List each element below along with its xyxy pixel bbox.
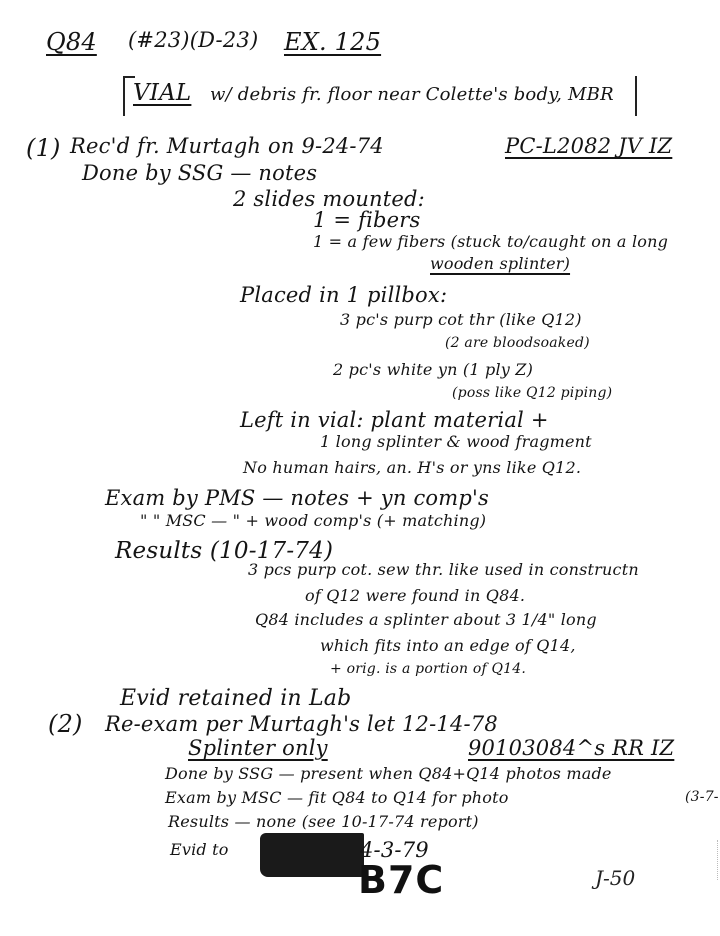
pillbox-item: 2 pc's white yn (1 ply Z) — [333, 362, 533, 378]
result-line: of Q12 were found in Q84. — [305, 588, 525, 604]
left-in-vial-detail: 1 long splinter & wood fragment — [320, 434, 592, 450]
slide-item: 1 = fibers — [313, 210, 420, 231]
pillbox-item: (poss like Q12 piping) — [452, 386, 612, 400]
section-2-number: (2) — [48, 712, 83, 736]
exam-by-msc: " " MSC — " + wood comp's (+ matching) — [140, 513, 486, 529]
result-line: which fits into an edge of Q14, — [320, 638, 576, 654]
margin-note: (3-7- — [685, 790, 719, 804]
result-line: 3 pcs purp cot. sew thr. like used in co… — [248, 562, 639, 578]
pillbox-heading: Placed in 1 pillbox: — [240, 285, 447, 306]
result-line: Q84 includes a splinter about 3 1/4" lon… — [255, 612, 597, 628]
handwritten-lab-note-page: Q84 (#23)(D-23) EX. 125 VIAL w/ debris f… — [0, 0, 720, 936]
pillbox-item: (2 are bloodsoaked) — [445, 336, 590, 350]
slide-item: 1 = a few fibers (stuck to/caught on a l… — [313, 234, 668, 250]
file-ref-1: PC-L2082 JV IZ — [505, 136, 672, 157]
description-text: w/ debris fr. floor near Colette's body,… — [210, 86, 614, 104]
no-human-hairs: No human hairs, an. H's or yns like Q12. — [243, 460, 581, 476]
slide-item: wooden splinter) — [430, 256, 570, 272]
result-line: + orig. is a portion of Q14. — [330, 662, 526, 676]
results-2: Results — none (see 10-17-74 report) — [168, 814, 479, 830]
slides-heading: 2 slides mounted: — [233, 189, 425, 210]
evid-to-label: Evid to — [170, 842, 229, 858]
reexam-line: Re-exam per Murtagh's let 12-14-78 — [105, 714, 498, 735]
description-label: VIAL — [133, 82, 191, 105]
exhibit-number: EX. 125 — [284, 30, 381, 54]
exam-by-msc-2: Exam by MSC — fit Q84 to Q14 for photo — [165, 790, 509, 806]
evidence-retained: Evid retained in Lab — [120, 688, 351, 710]
file-ref-2: 90103084^s RR IZ — [468, 738, 674, 759]
exam-by-pms: Exam by PMS — notes + yn comp's — [105, 488, 489, 509]
scope-splinter-only: Splinter only — [188, 738, 328, 759]
done-by-2: Done by SSG — present when Q84+Q14 photo… — [165, 766, 612, 782]
received-line: Rec'd fr. Murtagh on 9-24-74 — [70, 136, 384, 157]
pillbox-item: 3 pc's purp cot thr (like Q12) — [340, 312, 582, 328]
b7c-stamp: B7C — [358, 858, 444, 902]
done-by-1: Done by SSG — notes — [82, 163, 317, 184]
redaction-block — [260, 833, 364, 877]
page-id: J-50 — [595, 866, 635, 890]
item-id: Q84 — [46, 30, 97, 54]
left-in-vial: Left in vial: plant material + — [240, 410, 549, 431]
section-1-number: (1) — [26, 136, 61, 160]
item-refs: (#23)(D-23) — [128, 30, 258, 51]
